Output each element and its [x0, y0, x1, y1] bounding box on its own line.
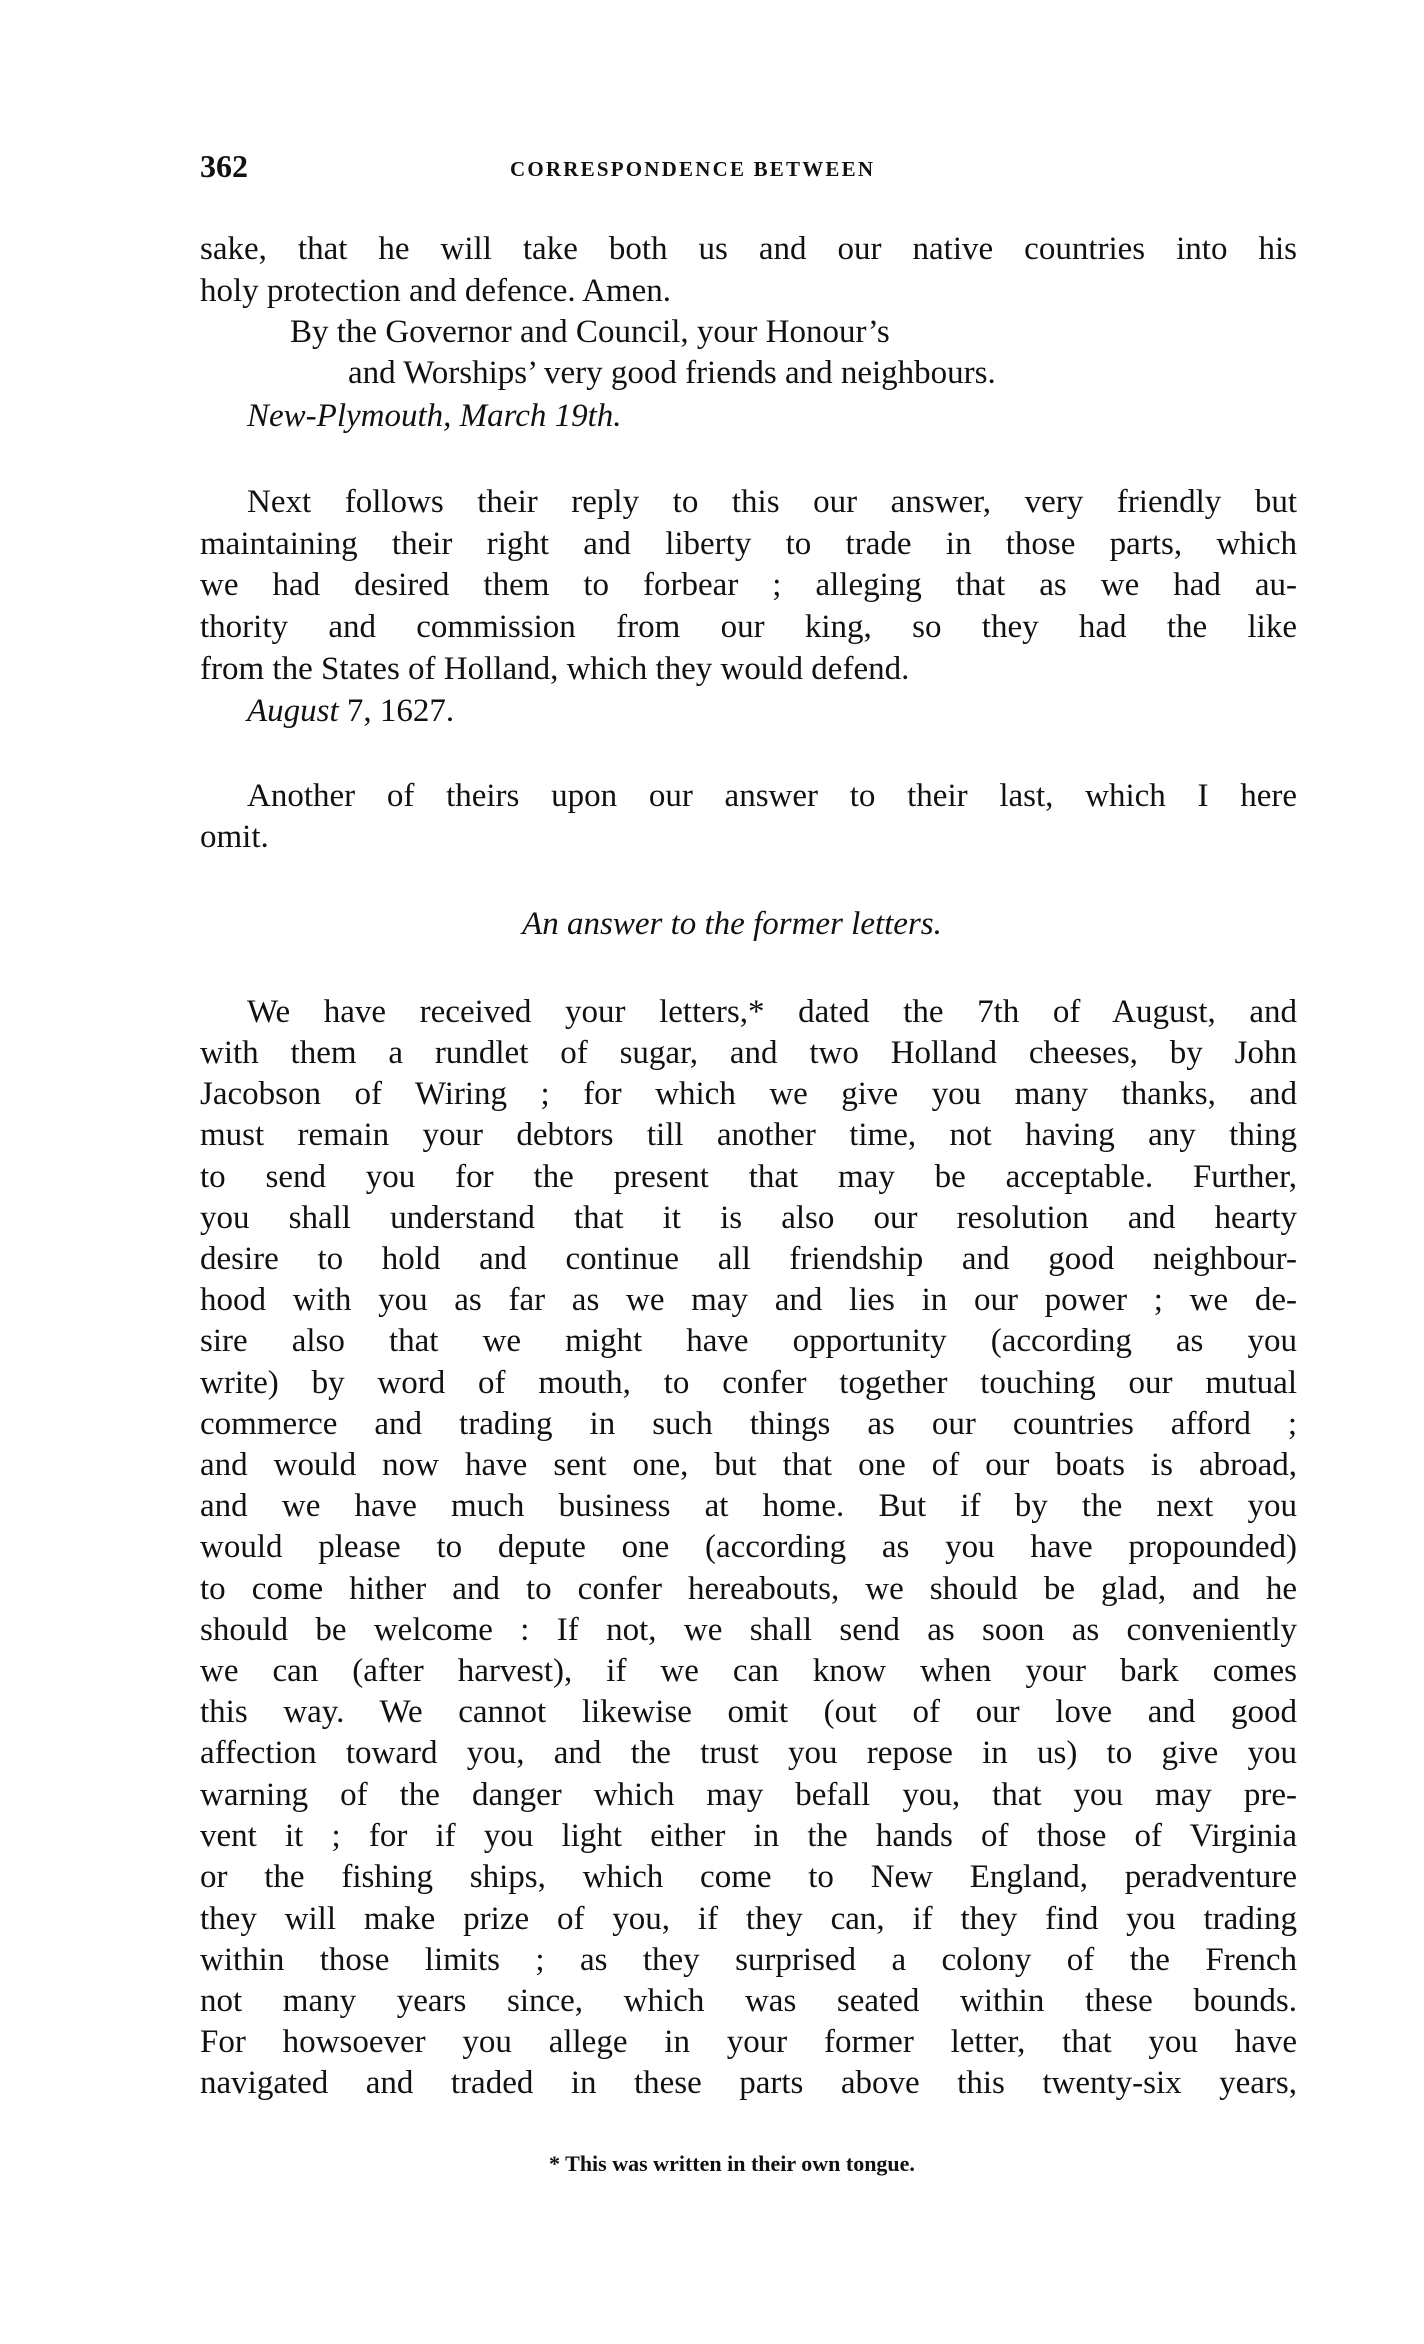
- signature-line: and Worships’ very good friends and neig…: [348, 353, 996, 394]
- date-month: August: [247, 693, 339, 729]
- place-date: New-Plymouth, March 19th.: [247, 396, 1297, 437]
- text-line: navigated and traded in these parts abov…: [200, 2063, 1297, 2104]
- text-line: sake, that he will take both us and our …: [200, 229, 1297, 270]
- text-line: vent it ; for if you light either in the…: [200, 1816, 1297, 1857]
- text-line: For howsoever you allege in your former …: [200, 2022, 1297, 2063]
- text-line: within those limits ; as they surprised …: [200, 1940, 1297, 1981]
- text-line: hood with you as far as we may and lies …: [200, 1280, 1297, 1321]
- text-line: they will make prize of you, if they can…: [200, 1899, 1297, 1940]
- text-line: sire also that we might have opportunity…: [200, 1321, 1297, 1362]
- text-line: Another of theirs upon our answer to the…: [247, 776, 1297, 817]
- text-line: must remain your debtors till another ti…: [200, 1115, 1297, 1156]
- text-line: you shall understand that it is also our…: [200, 1198, 1297, 1239]
- page-number: 362: [200, 148, 248, 184]
- text-line: and would now have sent one, but that on…: [200, 1445, 1297, 1486]
- date-rest: 7, 1627.: [339, 693, 455, 729]
- text-line: We have received your letters,* dated th…: [247, 992, 1297, 1033]
- book-page: 362 CORRESPONDENCE BETWEEN sake, that he…: [0, 0, 1424, 2344]
- text-line: Next follows their reply to this our ans…: [247, 482, 1297, 523]
- text-line: and we have much business at home. But i…: [200, 1486, 1297, 1527]
- text-line: affection toward you, and the trust you …: [200, 1733, 1297, 1774]
- text-line: we can (after harvest), if we can know w…: [200, 1651, 1297, 1692]
- text-line: commerce and trading in such things as o…: [200, 1404, 1297, 1445]
- text-line: holy protection and defence. Amen.: [200, 271, 1297, 312]
- text-line: this way. We cannot likewise omit (out o…: [200, 1692, 1297, 1733]
- signature-line: By the Governor and Council, your Honour…: [290, 312, 890, 353]
- text-line: maintaining their right and liberty to t…: [200, 524, 1297, 565]
- text-line: warning of the danger which may befall y…: [200, 1775, 1297, 1816]
- date-line: August 7, 1627.: [247, 691, 1297, 732]
- text-line: write) by word of mouth, to confer toget…: [200, 1363, 1297, 1404]
- text-line: or the fishing ships, which come to New …: [200, 1857, 1297, 1898]
- text-line: should be welcome : If not, we shall sen…: [200, 1610, 1297, 1651]
- text-line: we had desired them to forbear ; allegin…: [200, 565, 1297, 606]
- running-head-title: CORRESPONDENCE BETWEEN: [510, 154, 992, 184]
- section-heading: An answer to the former letters.: [0, 904, 1424, 945]
- text-line: omit.: [200, 817, 1297, 858]
- text-line: desire to hold and continue all friendsh…: [200, 1239, 1297, 1280]
- text-line: from the States of Holland, which they w…: [200, 649, 1297, 690]
- text-line: to send you for the present that may be …: [200, 1157, 1297, 1198]
- text-line: Jacobson of Wiring ; for which we give y…: [200, 1074, 1297, 1115]
- text-line: not many years since, which was seated w…: [200, 1981, 1297, 2022]
- text-line: to come hither and to confer hereabouts,…: [200, 1569, 1297, 1610]
- footnote: * This was written in their own tongue.: [0, 2150, 1424, 2178]
- text-line: with them a rundlet of sugar, and two Ho…: [200, 1033, 1297, 1074]
- text-line: thority and commission from our king, so…: [200, 607, 1297, 648]
- text-line: would please to depute one (according as…: [200, 1527, 1297, 1568]
